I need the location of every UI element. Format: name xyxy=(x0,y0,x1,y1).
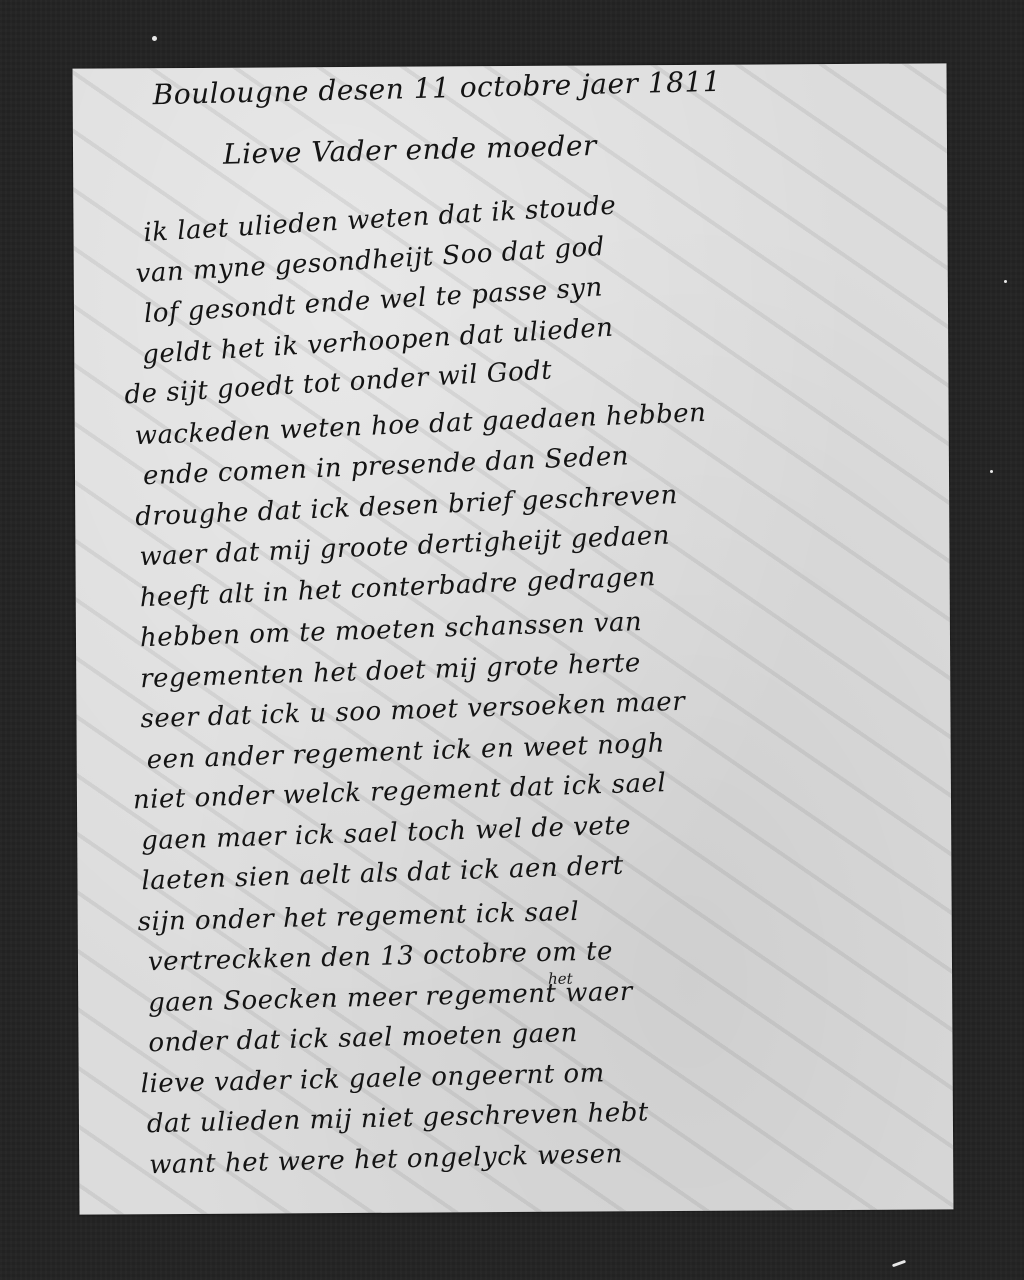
letter-line: niet onder welck regement dat ick sael xyxy=(132,768,666,815)
letter-body: Boulougne desen 11 octobre jaer 1811 Lie… xyxy=(73,63,954,1214)
letter-line: dat ulieden mij niet geschreven hebt xyxy=(147,1097,649,1139)
letter-line: vertreckken den 13 octobre om te xyxy=(148,936,614,977)
letter-line: hebben om te moeten schanssen van xyxy=(140,607,643,653)
dust-speck xyxy=(152,36,157,41)
letter-line: want het were het ongelyck wesen xyxy=(149,1139,623,1180)
letter-line: seer dat ick u soo moet versoeken maer xyxy=(140,687,686,735)
letter-line: een ander regement ick en weet nogh xyxy=(146,728,665,775)
letter-line: heeft alt in het conterbadre gedragen xyxy=(139,562,656,613)
letter-line: regementen het doet mij grote herte xyxy=(140,648,641,694)
letter-line: lieve vader ick gaele ongeernt om xyxy=(140,1058,605,1099)
dust-speck xyxy=(990,470,993,473)
letter-line: sijn onder het regement ick sael xyxy=(137,896,579,936)
letter-line: gaen maer ick sael toch wel de vete xyxy=(141,810,632,856)
letter-sheet: Boulougne desen 11 octobre jaer 1811 Lie… xyxy=(73,63,954,1214)
letter-place-date: Boulougne desen 11 octobre jaer 1811 xyxy=(152,65,721,111)
letter-line: gaen Soecken meer regement waer xyxy=(148,976,633,1017)
letter-salutation: Lieve Vader ende moeder xyxy=(223,129,598,171)
letter-line: laeten sien aelt als dat ick aen dert xyxy=(141,851,624,897)
letter-line: ende comen in presende dan Seden xyxy=(142,441,629,491)
letter-line: onder dat ick sael moeten gaen xyxy=(148,1018,578,1058)
dust-speck xyxy=(1004,280,1007,283)
